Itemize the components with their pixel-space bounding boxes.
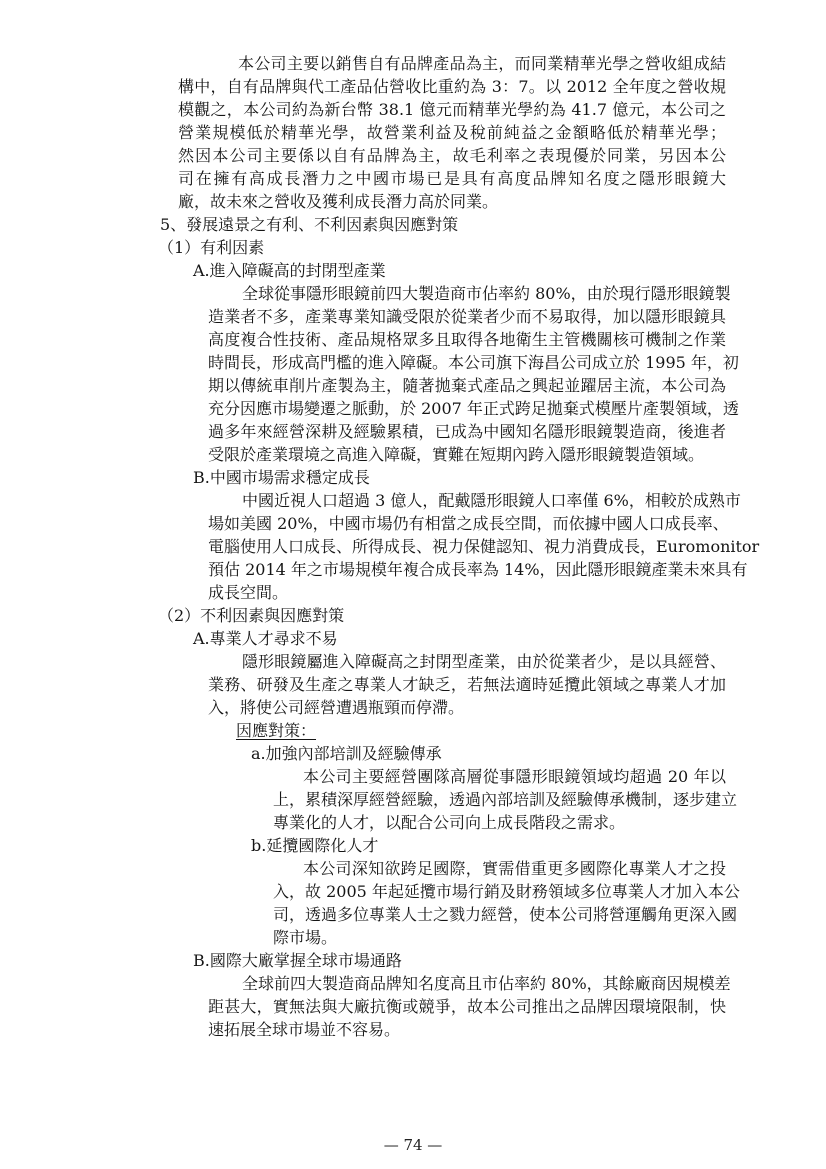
text-line: 上，累積深厚經營經驗，透過內部培訓及經驗傳承機制，逐步建立 [273, 788, 726, 811]
text-line: 司，透過多位專業人士之戮力經營，使本公司將營運觸角更深入國 [273, 903, 726, 926]
text-line: 成長空間。 [208, 581, 726, 604]
text-line: 電腦使用人口成長、所得成長、視力保健認知、視力消費成長，Euromonitor [208, 535, 726, 558]
text-line: 構中，自有品牌與代工產品佔營收比重約為 3：7。以 2012 全年度之營收規 [178, 75, 726, 98]
text-line: 專業化的人才，以配合公司向上成長階段之需求。 [273, 811, 726, 834]
item-A2-heading: A.專業人才尋求不易 [193, 627, 726, 650]
item-A1-heading: A.進入障礙高的封閉型產業 [193, 259, 726, 282]
text-line: 業務、研發及生產之專業人才缺乏，若無法適時延攬此領域之專業人才加 [208, 673, 726, 696]
item-B1-heading: B.中國市場需求穩定成長 [193, 466, 726, 489]
text-line: 廠，故未來之營收及獲利成長潛力高於同業。 [178, 190, 726, 213]
document-body: 本公司主要以銷售自有品牌產品為主，而同業精華光學之營收組成結 構中，自有品牌與代… [160, 52, 726, 1041]
text-line: 司在擁有高成長潛力之中國市場已是具有高度品牌知名度之隱形眼鏡大 [178, 167, 726, 190]
text-line: 全球前四大製造商品牌知名度高且市佔率約 80%，其餘廠商因規模差 [208, 972, 726, 995]
item-a-heading: a.加強內部培訓及經驗傳承 [251, 742, 726, 765]
subsection-2-heading: （2）不利因素與因應對策 [158, 604, 726, 627]
section-5-heading: 5、發展遠景之有利、不利因素與因應對策 [160, 213, 726, 236]
page-number: — 74 — [0, 1136, 826, 1154]
text-line: 然因本公司主要係以自有品牌為主，故毛利率之表現優於同業，另因本公 [178, 144, 726, 167]
item-B2-heading: B.國際大廠掌握全球市場通路 [193, 949, 726, 972]
text-line: 營業規模低於精華光學，故營業利益及稅前純益之金額略低於精華光學； [178, 121, 726, 144]
text-line: 中國近視人口超過 3 億人，配戴隱形眼鏡人口率僅 6%，相較於成熟市 [208, 489, 726, 512]
text-line: 期以傳統車削片產製為主，隨著拋棄式產品之興起並躍居主流，本公司為 [208, 374, 726, 397]
text-line: 受限於產業環境之高進入障礙，實難在短期內跨入隱形眼鏡製造領域。 [208, 443, 726, 466]
text-line: 預估 2014 年之市場規模年複合成長率為 14%，因此隱形眼鏡產業未來具有 [208, 558, 726, 581]
text-line: 速拓展全球市場並不容易。 [208, 1018, 726, 1041]
subsection-1-heading: （1）有利因素 [158, 236, 726, 259]
countermeasure-label: 因應對策： [236, 719, 326, 742]
text-line: 本公司主要以銷售自有品牌產品為主，而同業精華光學之營收組成結 [178, 52, 726, 75]
document-page: 本公司主要以銷售自有品牌產品為主，而同業精華光學之營收組成結 構中，自有品牌與代… [0, 0, 826, 1169]
text-line: 高度複合性技術、產品規格眾多且取得各地衛生主管機關核可機制之作業 [208, 328, 726, 351]
text-line: 際市場。 [273, 926, 726, 949]
text-line: 隱形眼鏡屬進入障礙高之封閉型產業，由於從業者少，是以具經營、 [208, 650, 726, 673]
text-line: 場如美國 20%，中國市場仍有相當之成長空間，而依據中國人口成長率、 [208, 512, 726, 535]
text-line: 入，故 2005 年起延攬市場行銷及財務領域多位專業人才加入本公 [273, 880, 726, 903]
text-line: 造業者不多，產業專業知識受限於從業者少而不易取得，加以隱形眼鏡具 [208, 305, 726, 328]
text-line: 全球從事隱形眼鏡前四大製造商市佔率約 80%，由於現行隱形眼鏡製 [208, 282, 726, 305]
text-line: 入，將使公司經營遭遇瓶頸而停滯。 [208, 696, 726, 719]
text-line: 模觀之，本公司約為新台幣 38.1 億元而精華光學約為 41.7 億元，本公司之 [178, 98, 726, 121]
text-line: 過多年來經營深耕及經驗累積，已成為中國知名隱形眼鏡製造商，後進者 [208, 420, 726, 443]
text-line: 距甚大，實無法與大廠抗衡或競爭，故本公司推出之品牌因環境限制，快 [208, 995, 726, 1018]
text-line: 本公司主要經營團隊高層從事隱形眼鏡領域均超過 20 年以 [273, 765, 726, 788]
text-line: 時間長，形成高門檻的進入障礙。本公司旗下海昌公司成立於 1995 年，初 [208, 351, 726, 374]
text-line: 充分因應市場變遷之脈動，於 2007 年正式跨足拋棄式模壓片產製領域，透 [208, 397, 726, 420]
item-b-heading: b.延攬國際化人才 [251, 834, 726, 857]
text-line: 本公司深知欲跨足國際，實需借重更多國際化專業人才之投 [273, 857, 726, 880]
